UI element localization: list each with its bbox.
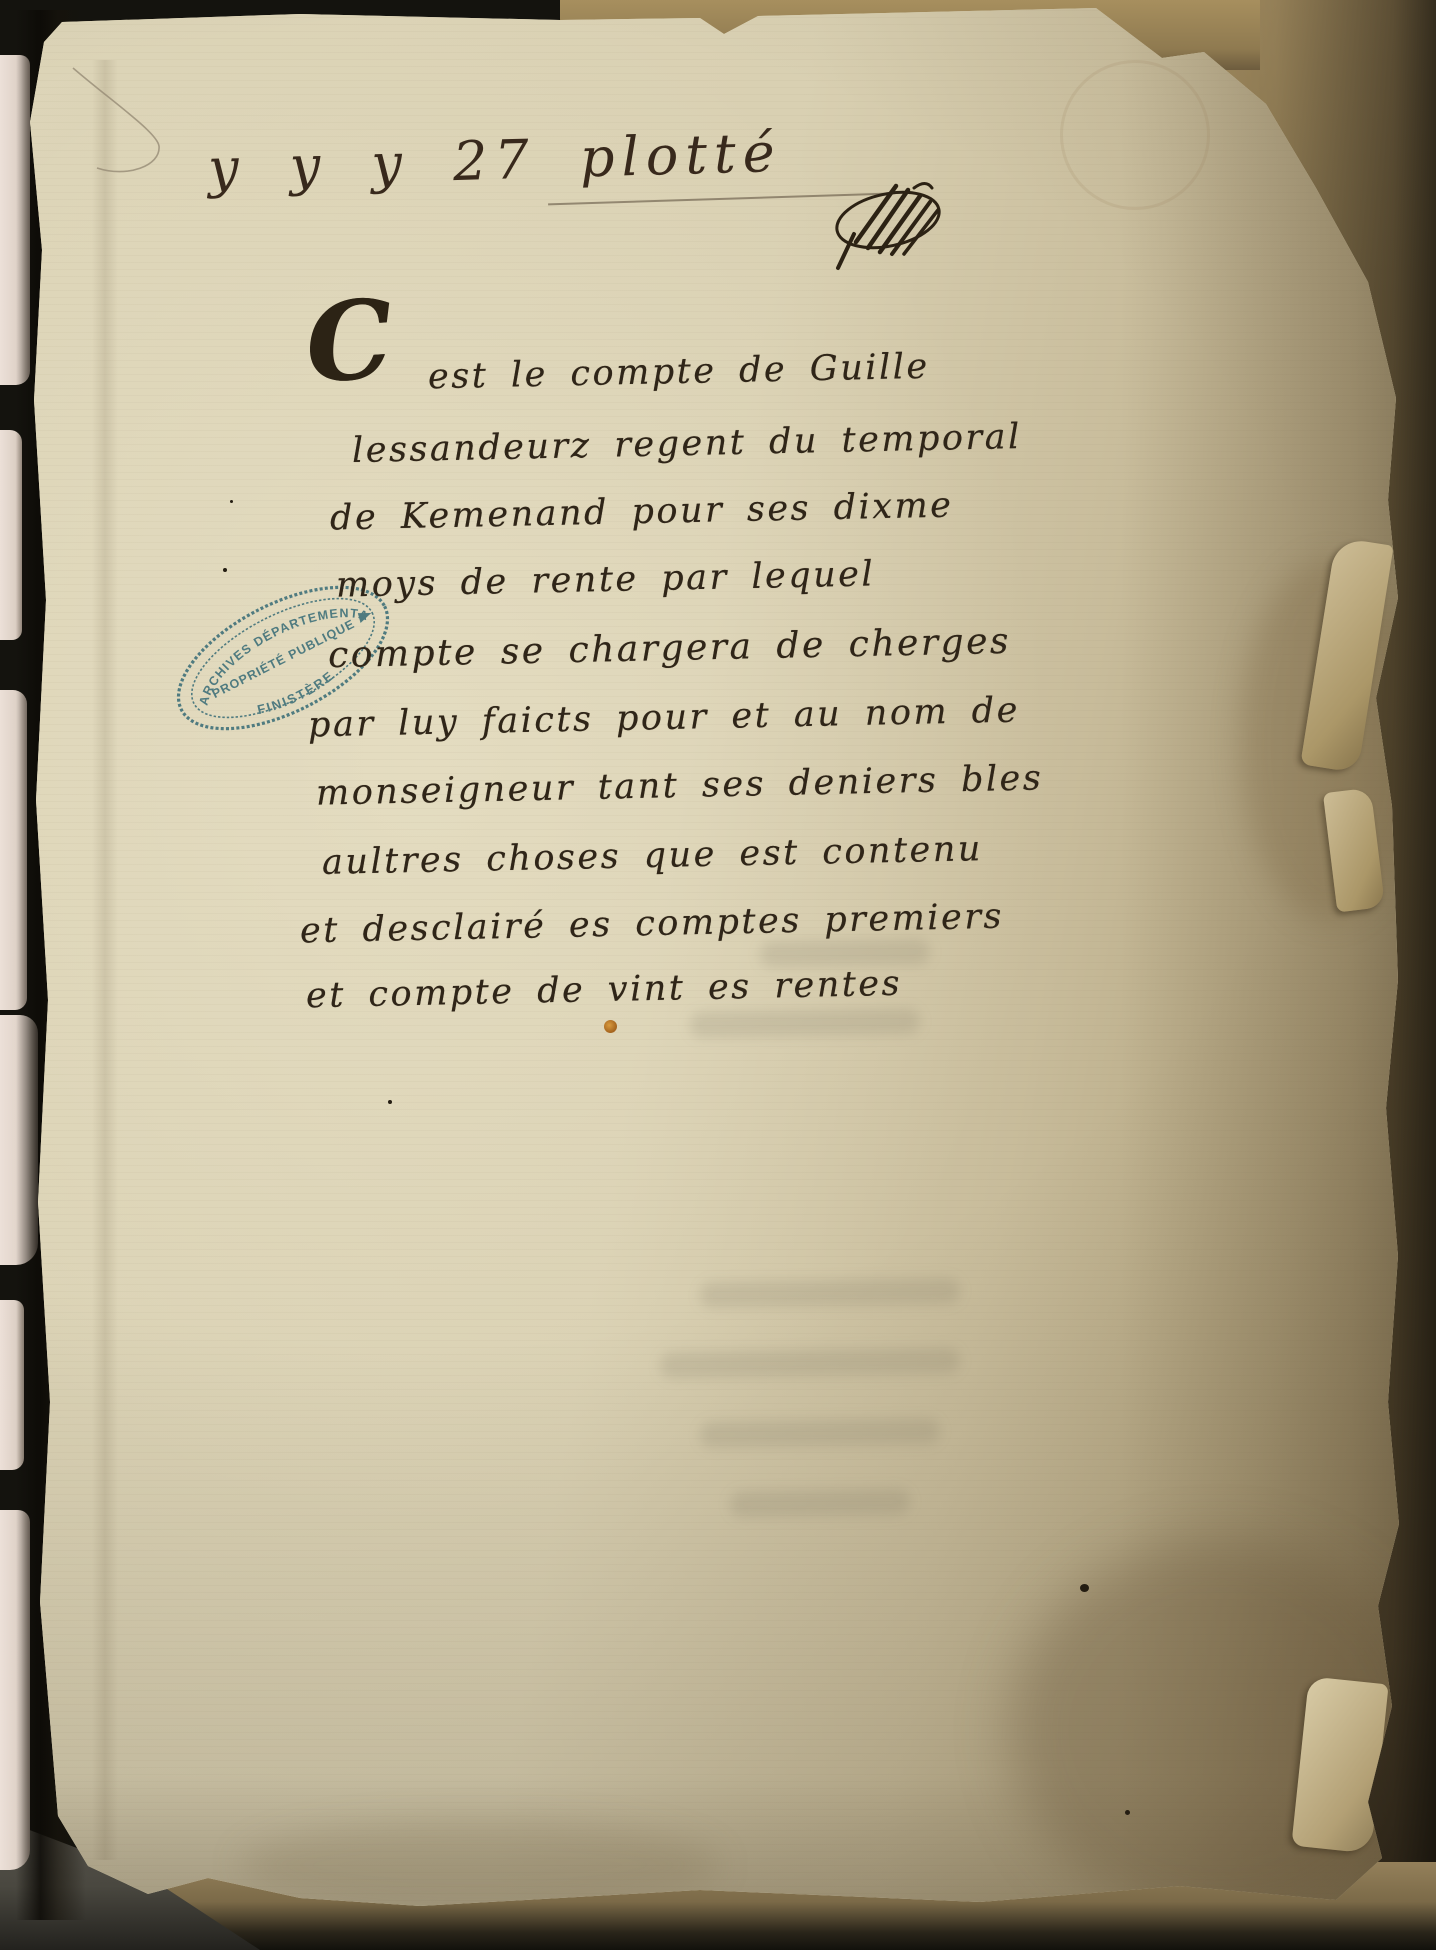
ink-speck: [1080, 1584, 1089, 1592]
rust-spot: [604, 1020, 617, 1033]
bleed-through-mark: [660, 1347, 960, 1378]
ink-speck: [388, 1100, 392, 1104]
manuscript-page: y y y 27 plotté: [0, 0, 1436, 1950]
bleed-through-mark: [700, 1278, 960, 1309]
bleed-through-mark: [730, 1488, 910, 1517]
paraph-scribble: [826, 172, 966, 282]
fold-crease: [92, 60, 118, 1860]
ink-speck: [223, 568, 227, 572]
ring-stain: [1060, 60, 1210, 210]
bleed-through-mark: [760, 939, 930, 968]
ink-speck: [1125, 1810, 1130, 1815]
bleed-through-mark: [690, 1008, 920, 1038]
pencil-mark: [55, 60, 205, 200]
ink-speck: [230, 500, 233, 503]
manuscript-initial: C: [302, 285, 395, 399]
bleed-through-mark: [700, 1418, 940, 1448]
manuscript-photo: y y y 27 plotté: [0, 0, 1436, 1950]
